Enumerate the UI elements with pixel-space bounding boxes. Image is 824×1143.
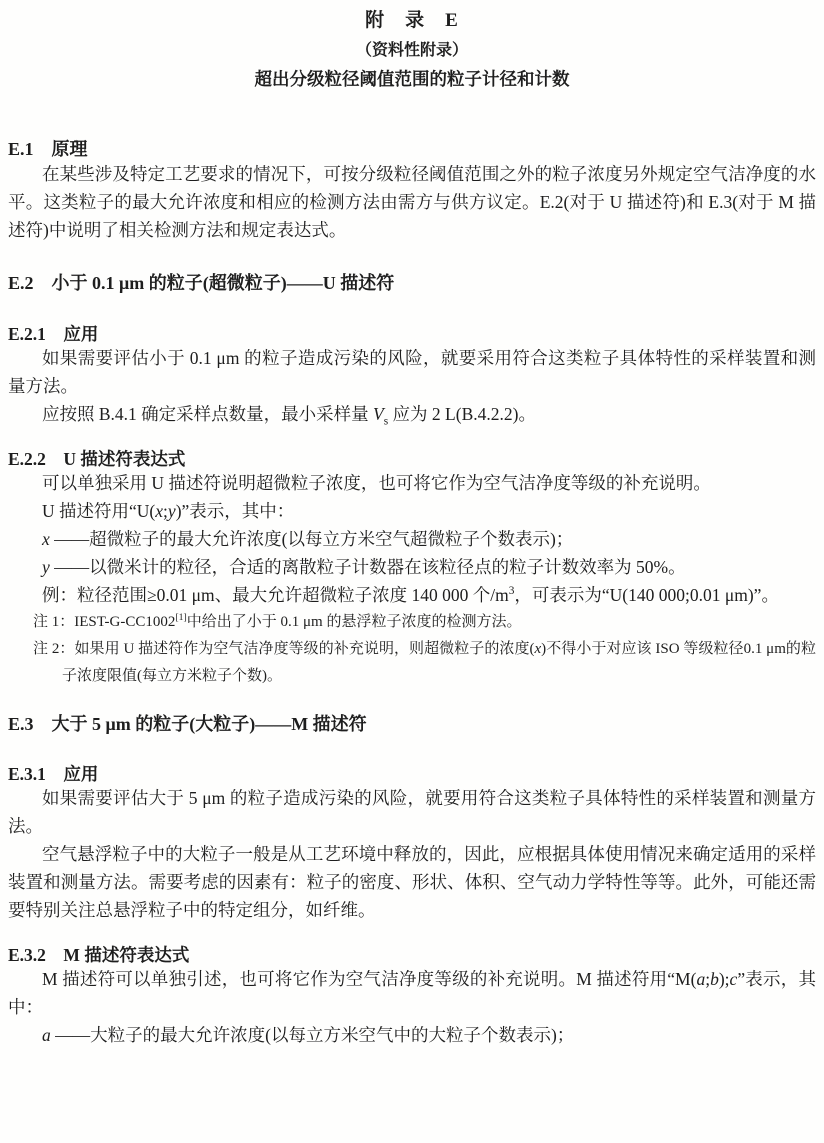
text-segment: ——超微粒子的最大允许浓度(以每立方米空气超微粒子个数表示)； (50, 529, 574, 549)
heading-e3-1: E.3.1 应用 (8, 764, 816, 784)
definition-a: a ——大粒子的最大允许浓度(以每立方米空气中的大粒子个数表示)； (8, 1021, 816, 1049)
variable: y (168, 501, 176, 521)
paragraph-u-descriptor-format: U 描述符用“U(x;y)”表示，其中： (8, 497, 816, 525)
text-segment: 中给出了小于 0.1 μm 的悬浮粒子浓度的检测方法。 (187, 614, 522, 630)
definition-x: x ——超微粒子的最大允许浓度(以每立方米空气超微粒子个数表示)； (8, 525, 816, 553)
variable: x (42, 529, 50, 549)
paragraph-e2-2-intro: 可以单独采用 U 描述符说明超微粒子浓度，也可将它作为空气洁净度等级的补充说明。 (8, 469, 816, 497)
paragraph-e3-1-macroparticles: 空气悬浮粒子中的大粒子一般是从工艺环境中释放的，因此，应根据具体使用情况来确定适… (8, 840, 816, 924)
text-segment: 注 1：IEST-G-CC1002 (33, 614, 175, 630)
document-page: 附 录 E （资料性附录） 超出分级粒径阈值范围的粒子计径和计数 E.1 原理 … (0, 0, 824, 1143)
text-segment: [1] (175, 612, 186, 623)
heading-e3: E.3 大于 5 μm 的粒子(大粒子)——M 描述符 (8, 713, 816, 735)
appendix-title: 附 录 E (8, 10, 816, 32)
paragraph-e2-1-application: 如果需要评估小于 0.1 μm 的粒子造成污染的风险，就要采用符合这类粒子具体特… (8, 344, 816, 400)
paragraph-u-example: 例：粒径范围≥0.01 μm、最大允许超微粒子浓度 140 000 个/m3，可… (8, 581, 816, 609)
definition-y: y ——以微米计的粒径，合适的离散粒子计数器在该粒径点的粒子计数效率为 50%。 (8, 553, 816, 581)
text-segment: ——以微米计的粒径，合适的离散粒子计数器在该粒径点的粒子计数效率为 50%。 (50, 557, 686, 577)
paragraph-e3-1-application: 如果需要评估大于 5 μm 的粒子造成污染的风险，就要用符合这类粒子具体特性的采… (8, 784, 816, 840)
text-segment: ，可表示为“U(140 000;0.01 μm)”。 (514, 585, 779, 605)
text-segment: 注 2：如果用 U 描述符作为空气洁净度等级的补充说明，则超微粒子的浓度( (33, 641, 535, 657)
heading-e1: E.1 原理 (8, 138, 816, 160)
variable: V (373, 404, 384, 424)
note-2: 注 2：如果用 U 描述符作为空气洁净度等级的补充说明，则超微粒子的浓度(x)不… (62, 636, 816, 690)
appendix-subtitle: （资料性附录） (8, 41, 816, 61)
paragraph-e2-1-sampling: 应按照 B.4.1 确定采样点数量，最小采样量 Vs 应为 2 L(B.4.2.… (8, 400, 816, 428)
note-1: 注 1：IEST-G-CC1002[1]中给出了小于 0.1 μm 的悬浮粒子浓… (62, 609, 816, 636)
heading-e2: E.2 小于 0.1 μm 的粒子(超微粒子)——U 描述符 (8, 272, 816, 294)
heading-e3-2: E.3.2 M 描述符表达式 (8, 945, 816, 965)
variable: a (42, 1025, 51, 1045)
heading-e2-1: E.2.1 应用 (8, 324, 816, 344)
text-segment: M 描述符可以单独引述，也可将它作为空气洁净度等级的补充说明。M 描述符用“M( (42, 969, 696, 989)
variable: b (710, 969, 719, 989)
text-segment: 例：粒径范围≥0.01 μm、最大允许超微粒子浓度 140 000 个/m (42, 585, 509, 605)
paragraph-e1-principle: 在某些涉及特定工艺要求的情况下，可按分级粒径阈值范围之外的粒子浓度另外规定空气洁… (8, 160, 816, 244)
section-e2: E.2 小于 0.1 μm 的粒子(超微粒子)——U 描述符 E.2.1 应用 … (8, 272, 816, 690)
text-segment: 应按照 B.4.1 确定采样点数量，最小采样量 (42, 404, 373, 424)
appendix-doc-title: 超出分级粒径阈值范围的粒子计径和计数 (8, 68, 816, 90)
variable: y (42, 557, 50, 577)
section-e1: E.1 原理 在某些涉及特定工艺要求的情况下，可按分级粒径阈值范围之外的粒子浓度… (8, 138, 816, 244)
heading-e2-2: E.2.2 U 描述符表达式 (8, 449, 816, 469)
text-segment: )”表示，其中： (176, 501, 295, 521)
section-e3: E.3 大于 5 μm 的粒子(大粒子)——M 描述符 E.3.1 应用 如果需… (8, 713, 816, 1049)
variable: x (155, 501, 163, 521)
variable: a (696, 969, 705, 989)
text-segment: ); (719, 969, 730, 989)
paragraph-m-descriptor-format: M 描述符可以单独引述，也可将它作为空气洁净度等级的补充说明。M 描述符用“M(… (8, 965, 816, 1021)
text-segment: ——大粒子的最大允许浓度(以每立方米空气中的大粒子个数表示)； (51, 1025, 575, 1045)
text-segment: 应为 2 L(B.4.2.2)。 (388, 404, 536, 424)
text-segment: U 描述符用“U( (42, 501, 155, 521)
